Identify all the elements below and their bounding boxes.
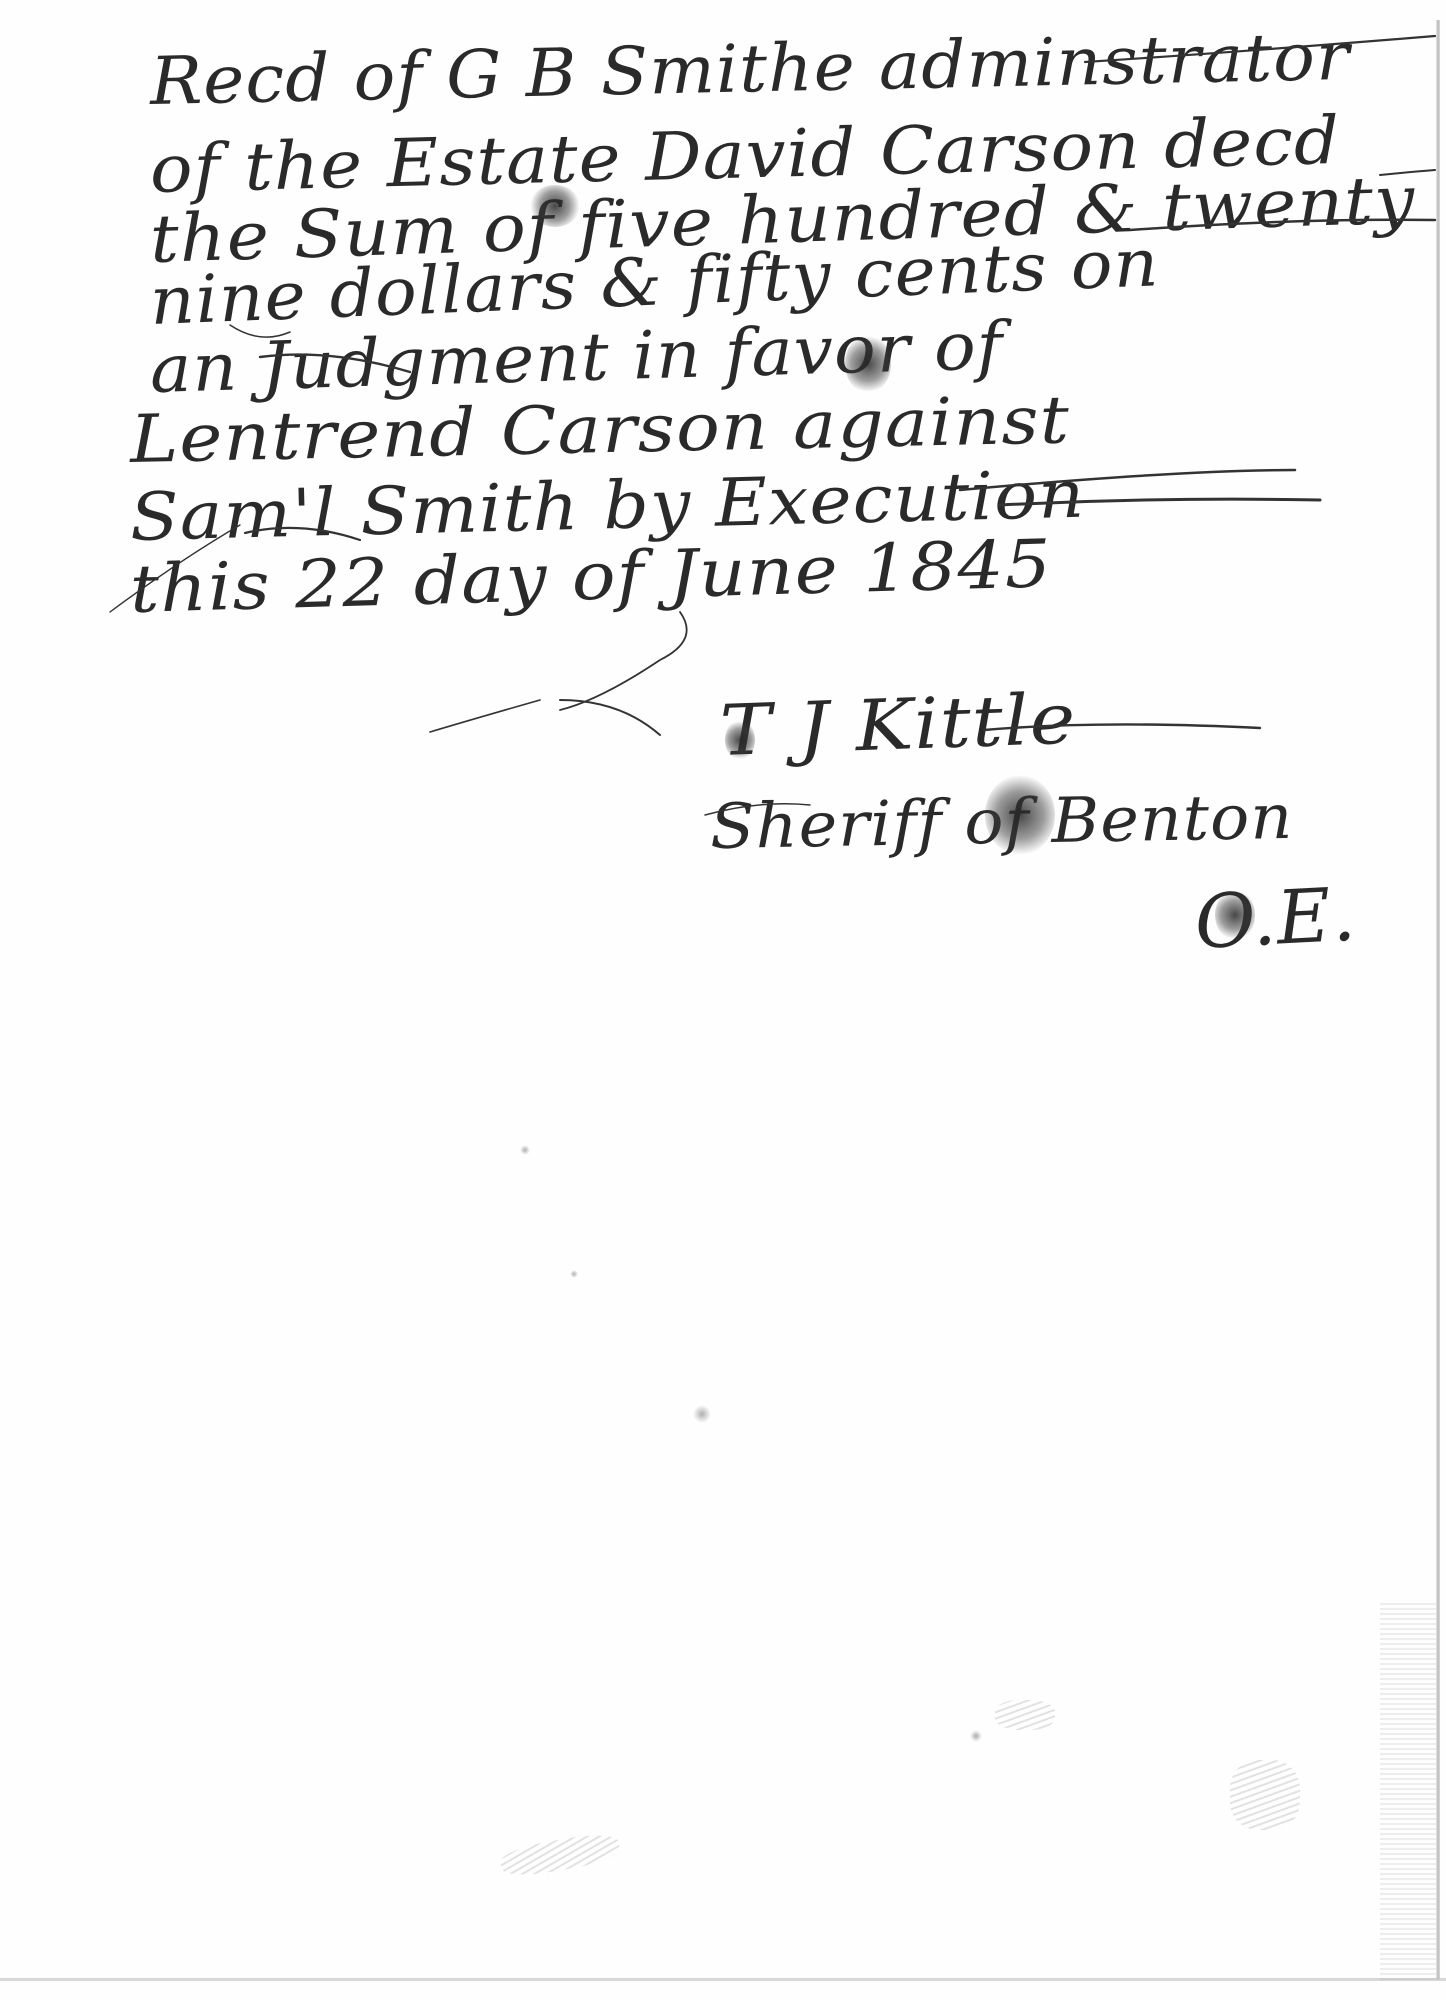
paper-edge-right (1436, 20, 1440, 1980)
scan-speck (693, 1405, 711, 1423)
bleed-through-mark (498, 1830, 621, 1880)
scan-shadow (1380, 1600, 1436, 1980)
scan-speck (520, 1145, 530, 1155)
scan-speck (570, 1270, 578, 1278)
bleed-through-mark (1230, 1760, 1300, 1830)
scan-speck (970, 1730, 982, 1742)
bleed-through-mark (995, 1700, 1055, 1730)
paper-edge-bottom (0, 1978, 1446, 1981)
ink-blot (845, 335, 891, 393)
scanned-page: Recd of G B Smithe adminstrator of the E… (0, 0, 1446, 2000)
signature-name: T J Kittle (719, 678, 1078, 772)
ink-blot (725, 720, 755, 760)
ink-blot (1215, 890, 1255, 940)
ink-blot (530, 185, 580, 227)
ink-blot (985, 775, 1055, 855)
